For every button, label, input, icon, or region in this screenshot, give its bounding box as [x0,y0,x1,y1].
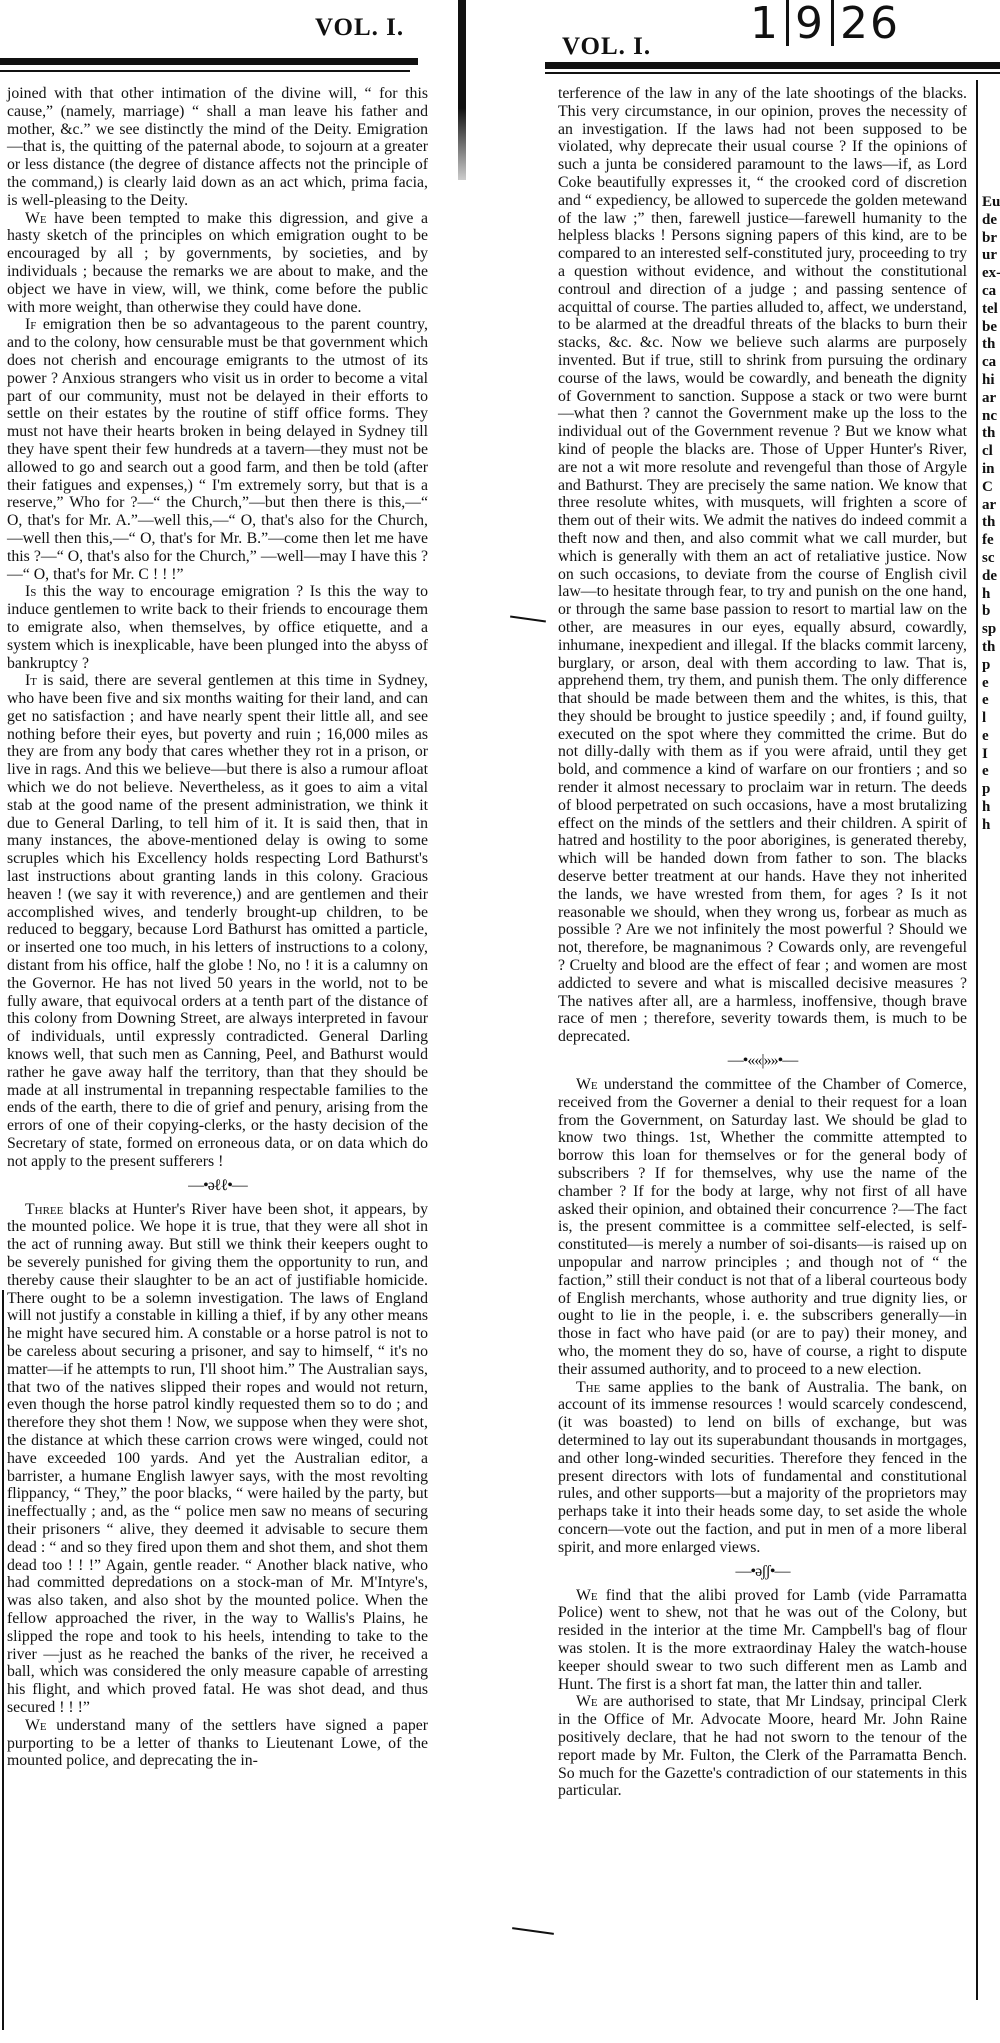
newspaper-page: VOL. I. VOL. I. 1926 joined with that ot… [0,0,1000,2043]
paragraph-bank-of-australia: The same applies to the bank of Australi… [558,1379,967,1557]
left-column: joined with that other intimation of the… [7,85,428,1770]
header-rule-right-thin [545,72,1000,74]
lead-in: It [25,672,37,689]
lead-in: Is [25,583,36,600]
lead-in: We [576,1076,598,1093]
date-separator [786,0,789,46]
adjacent-column-fragment: Eu de br ur ex- ca tel be th ca hi ar nc… [982,105,1000,835]
page-fold-shadow [458,0,466,180]
volume-label-left: VOL. I. [315,14,404,42]
header-rule-left-thin [0,70,410,72]
section-divider-ornament: —•əʃʃ•— [558,1561,967,1583]
paragraph-emigration-deity: joined with that other intimation of the… [7,85,428,210]
left-margin-rule [2,1290,4,2030]
date-separator [831,0,834,46]
handwritten-day: 1 [750,0,780,49]
right-column: terference of the law in any of the late… [558,85,967,1800]
paragraph-digression: We have been tempted to make this digres… [7,210,428,317]
column-rule-right [976,80,978,2000]
handwritten-month: 9 [795,0,825,49]
lead-in: We [25,210,47,227]
lead-in: We [576,1587,598,1604]
lead-in: We [576,1693,598,1710]
paragraph-settlers-letter: We understand many of the settlers have … [7,1717,428,1770]
lead-in: The [576,1379,600,1396]
paragraph-encourage-emigration: Is this the way to encourage emigration … [7,583,428,672]
paragraph-land-waiting: It is said, there are several gentlemen … [7,672,428,1170]
margin-pencil-mark [512,1927,554,1935]
paragraph-hunters-river-shootings: Three blacks at Hunter's River have been… [7,1201,428,1717]
margin-pencil-mark [510,616,546,623]
paragraph-lindsay-statement: We are authorised to state, that Mr Lind… [558,1693,967,1800]
paragraph-chamber-of-commerce: We understand the committee of the Chamb… [558,1076,967,1379]
section-divider-ornament: —•««|»»•— [558,1050,967,1072]
lead-in: Three [25,1201,63,1218]
handwritten-year: 26 [840,0,900,49]
volume-label-right: VOL. I. [562,33,651,61]
lead-in: We [25,1717,47,1734]
header-rule-left-thick [0,58,418,65]
paragraph-emigration-advantage: If emigration then be so advantageous to… [7,316,428,583]
paragraph-lamb-alibi: We find that the alibi proved for Lamb (… [558,1587,967,1694]
header-rule-right-thick [545,62,1000,69]
section-divider-ornament: —•əℓℓ•— [7,1175,428,1197]
handwritten-date: 1926 [750,0,900,49]
lead-in: If [25,316,36,333]
paragraph-interference-of-law: terference of the law in any of the late… [558,85,967,1046]
